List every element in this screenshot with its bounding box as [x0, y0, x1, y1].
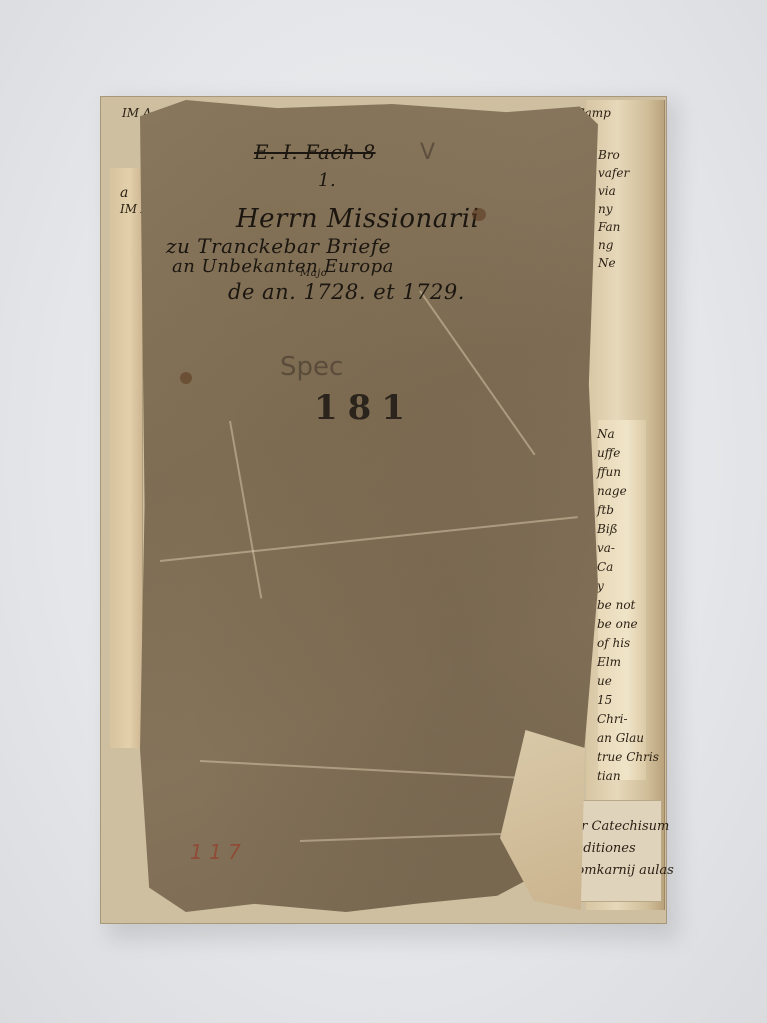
struck-heading: E. I. Fach 8	[254, 140, 376, 164]
stain-spot	[180, 372, 192, 384]
right-column-upper: Bro vafer via ny Fan ng Ne	[598, 146, 629, 272]
right-column-lower: Na uffe ffun nage ftb Biß va- Ca y be no…	[597, 425, 659, 786]
photo-scene: IM A a IM A in Camp Bro vafer via ny Fan…	[0, 0, 767, 1023]
pencil-mark-top: V	[420, 140, 435, 165]
pencil-mark-mid: Spec	[280, 352, 343, 382]
ink-blot	[472, 208, 486, 221]
interlinear-note: Majo	[300, 268, 327, 279]
cover-number: 1.	[318, 170, 336, 191]
left-page-edge	[110, 168, 143, 748]
title-line-4: de an. 1728. et 1729.	[228, 280, 465, 304]
title-line-3: an Unbekanten Europa	[172, 256, 394, 277]
archive-number-stamp: 181	[314, 388, 415, 428]
red-pencil-marks: 1 1 7	[190, 840, 241, 864]
title-line-1: Herrn Missionarii	[236, 204, 479, 234]
title-line-2: zu Tranckebar Briefe	[166, 234, 391, 258]
